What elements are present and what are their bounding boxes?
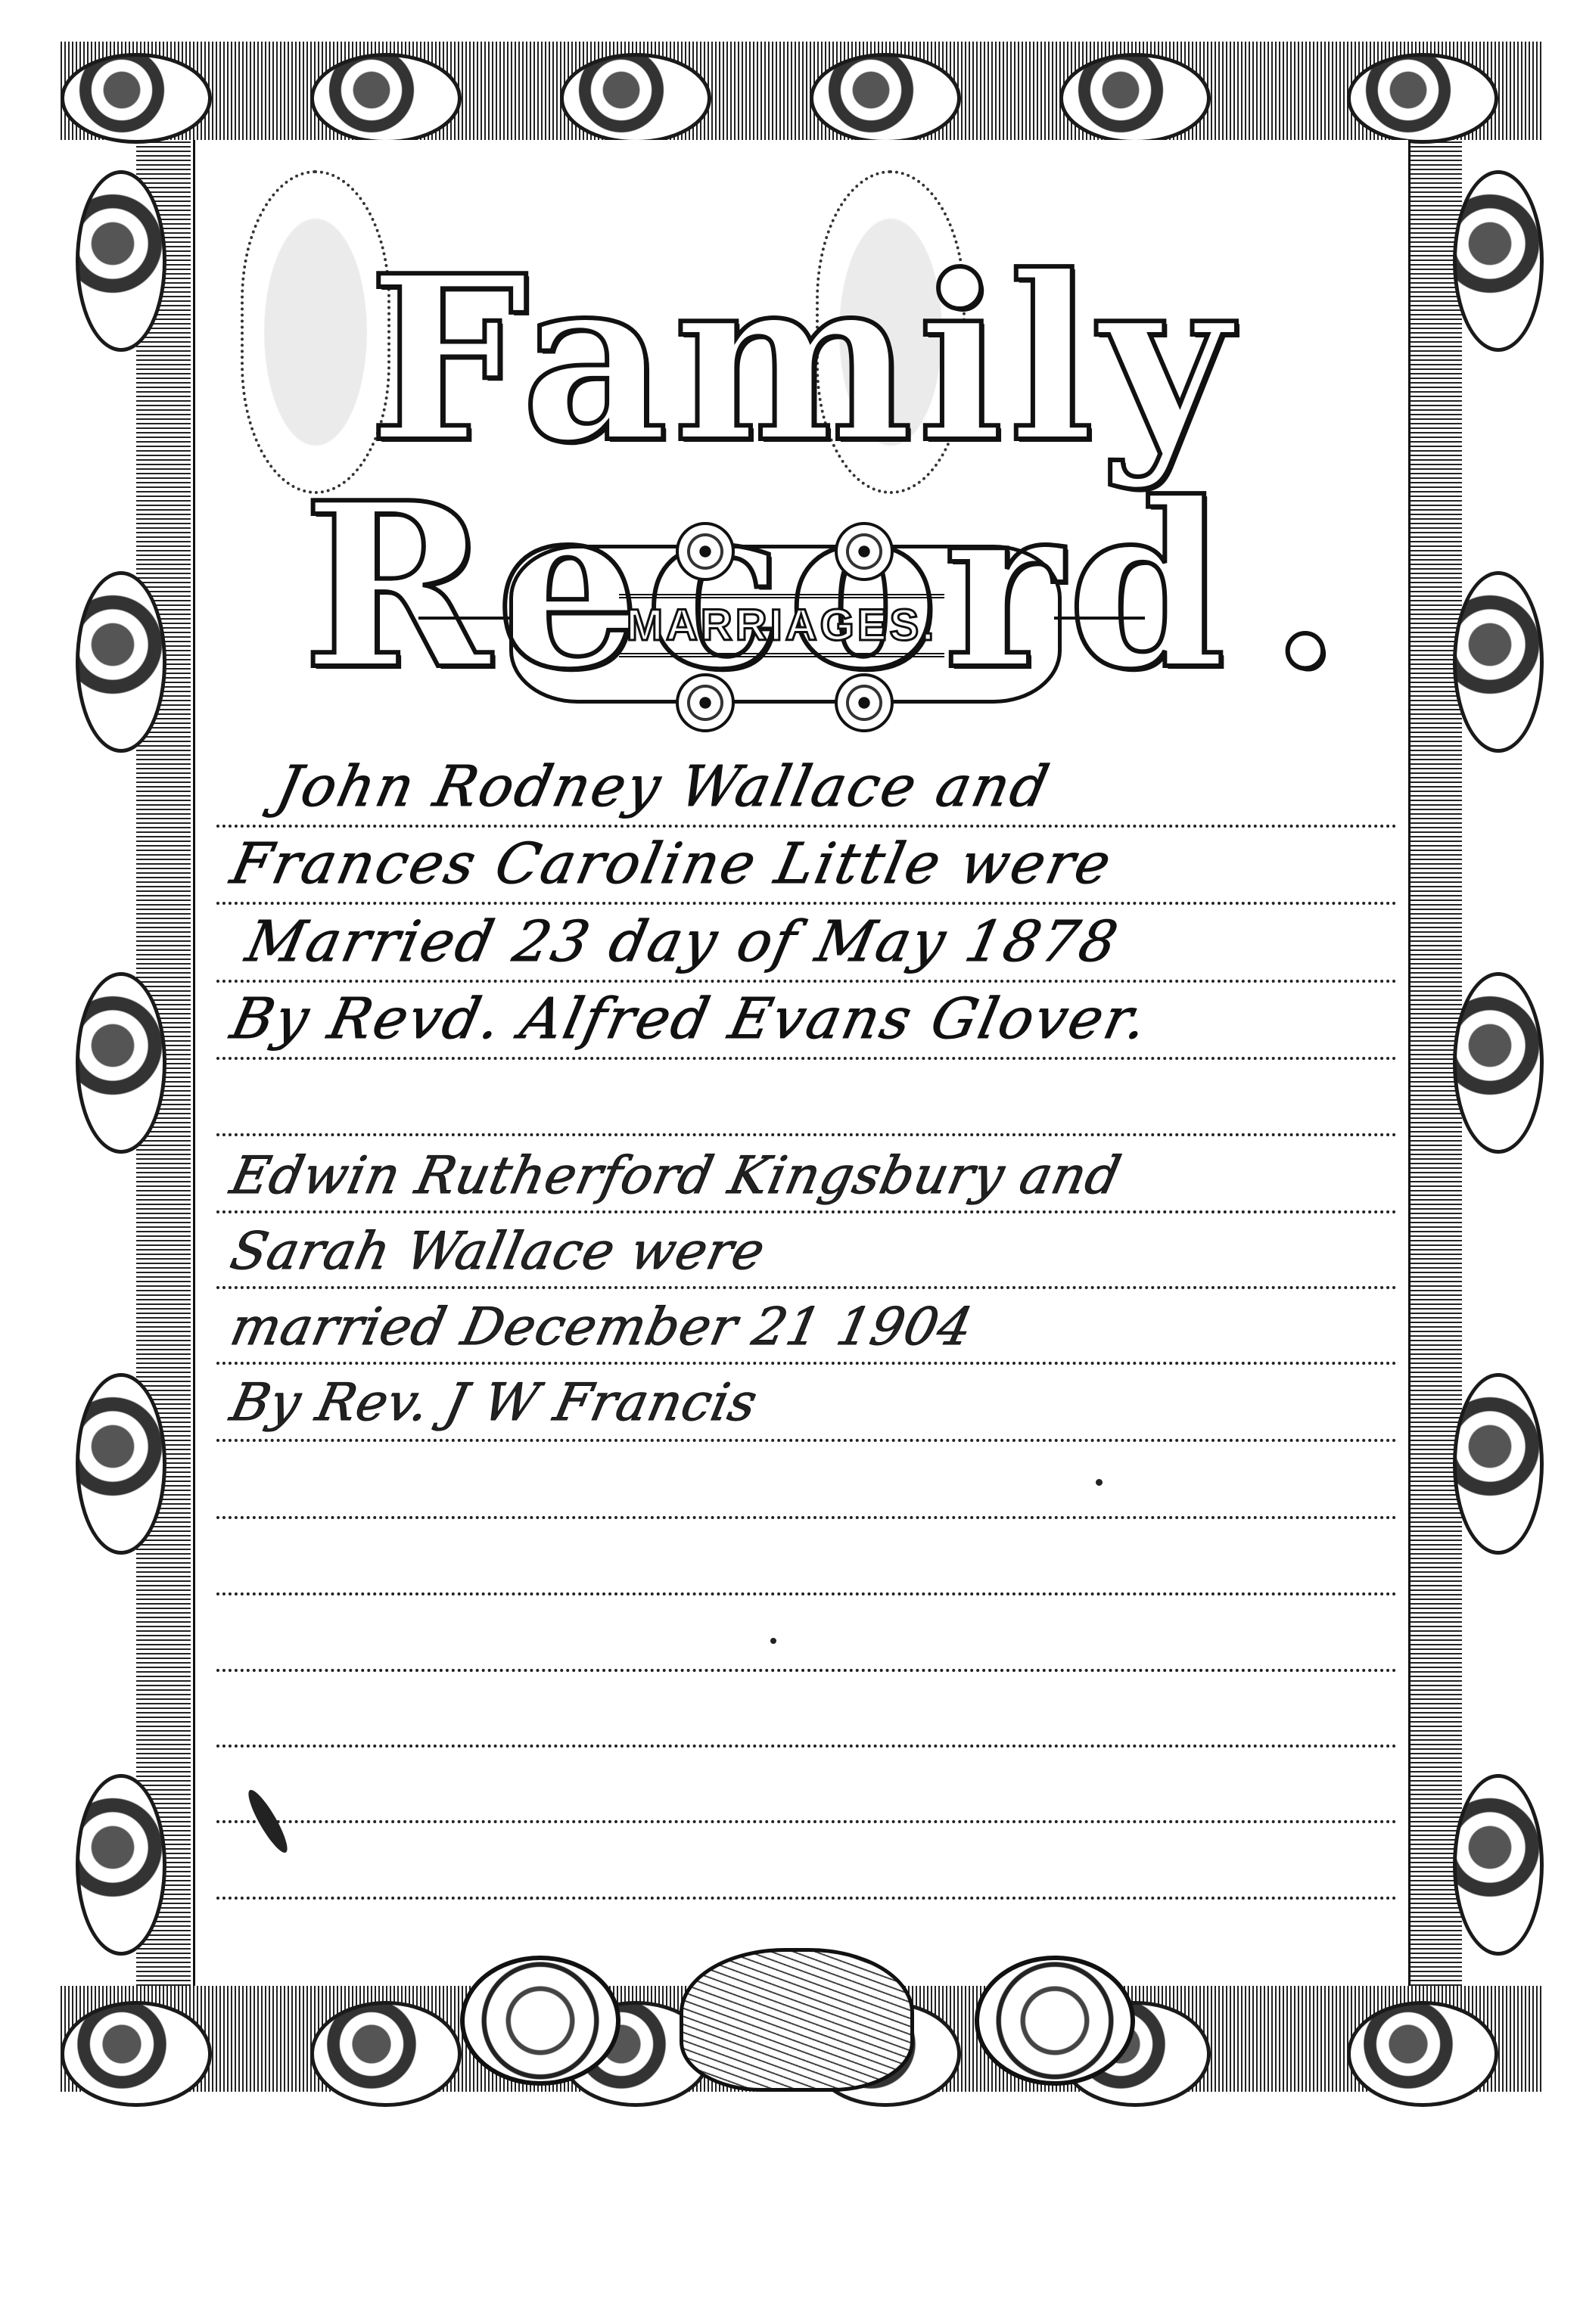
scroll-ornament-icon [1453, 571, 1544, 753]
ruled-line [216, 1897, 1397, 1900]
banner-right-arm [1054, 617, 1145, 620]
scroll-ornament-icon [1453, 972, 1544, 1154]
scroll-ornament-icon [1347, 2001, 1498, 2107]
scroll-ornament-icon [1347, 53, 1498, 144]
rosette-icon [835, 522, 894, 581]
ruled-line [216, 825, 1397, 828]
entry-line: John Rodney Wallace and [271, 754, 1056, 819]
section-heading: MARRIAGES. [627, 601, 938, 650]
rosette-icon [835, 673, 894, 732]
entry-line: Married 23 day of May 1878 [241, 909, 1125, 974]
scroll-ornament-icon [310, 2001, 462, 2107]
ink-speck [770, 1638, 776, 1644]
scroll-ornament-icon [310, 53, 462, 144]
scroll-ornament-icon [76, 1373, 166, 1555]
scroll-ornament-icon [76, 170, 166, 352]
record-page: FamilyRecord. MARRIAGES. John Rodney Wal… [193, 140, 1410, 1986]
entry-line: Edwin Rutherford Kingsbury and [225, 1146, 1126, 1206]
ruled-line [216, 1057, 1397, 1060]
bottom-ornament [445, 1948, 1141, 2084]
scroll-ornament-icon [61, 2001, 212, 2107]
ruled-line [216, 1362, 1397, 1365]
border-top [61, 42, 1544, 140]
scroll-ornament-icon [1453, 170, 1544, 352]
ruled-line [216, 1592, 1397, 1595]
scroll-ornament-icon [560, 53, 711, 144]
ruled-line [216, 902, 1397, 905]
ruled-line [216, 1286, 1397, 1289]
scroll-ornament-icon [460, 1956, 620, 2086]
scroll-ornament-icon [76, 571, 166, 753]
section-banner: MARRIAGES. [471, 526, 1395, 715]
entry-line: By Rev. J W Francis [225, 1373, 763, 1433]
ruled-line [216, 1745, 1397, 1748]
ruled-line [216, 980, 1397, 983]
ruled-line [216, 1516, 1397, 1519]
banner-left-arm [418, 617, 509, 620]
ruled-line [216, 1669, 1397, 1672]
scroll-ornament-icon [1059, 53, 1211, 144]
scroll-ornament-icon [975, 1956, 1135, 2086]
title-word-family: Family [368, 246, 1236, 473]
entry-line: married December 21 1904 [225, 1297, 978, 1357]
ruled-line [216, 1820, 1397, 1823]
scroll-ornament-icon [1453, 1774, 1544, 1956]
section-heading-plate: MARRIAGES. [619, 594, 944, 657]
scroll-ornament-icon [76, 1774, 166, 1956]
rosette-icon [676, 673, 735, 732]
scroll-ornament-icon [76, 972, 166, 1154]
scroll-ornament-icon [810, 53, 961, 144]
scroll-ornament-icon [1453, 1373, 1544, 1555]
rosette-icon [676, 522, 735, 581]
ink-speck [1096, 1479, 1103, 1486]
scroll-ornament-icon [61, 53, 212, 144]
ruled-line [216, 1133, 1397, 1136]
entry-line: Sarah Wallace were [225, 1222, 770, 1282]
entry-line: By Revd. Alfred Evans Glover. [225, 986, 1155, 1052]
ruled-line [216, 1210, 1397, 1213]
grotesque-mask-icon [680, 1948, 914, 2092]
ruled-line [216, 1439, 1397, 1442]
entry-line: Frances Caroline Little were [225, 831, 1118, 896]
